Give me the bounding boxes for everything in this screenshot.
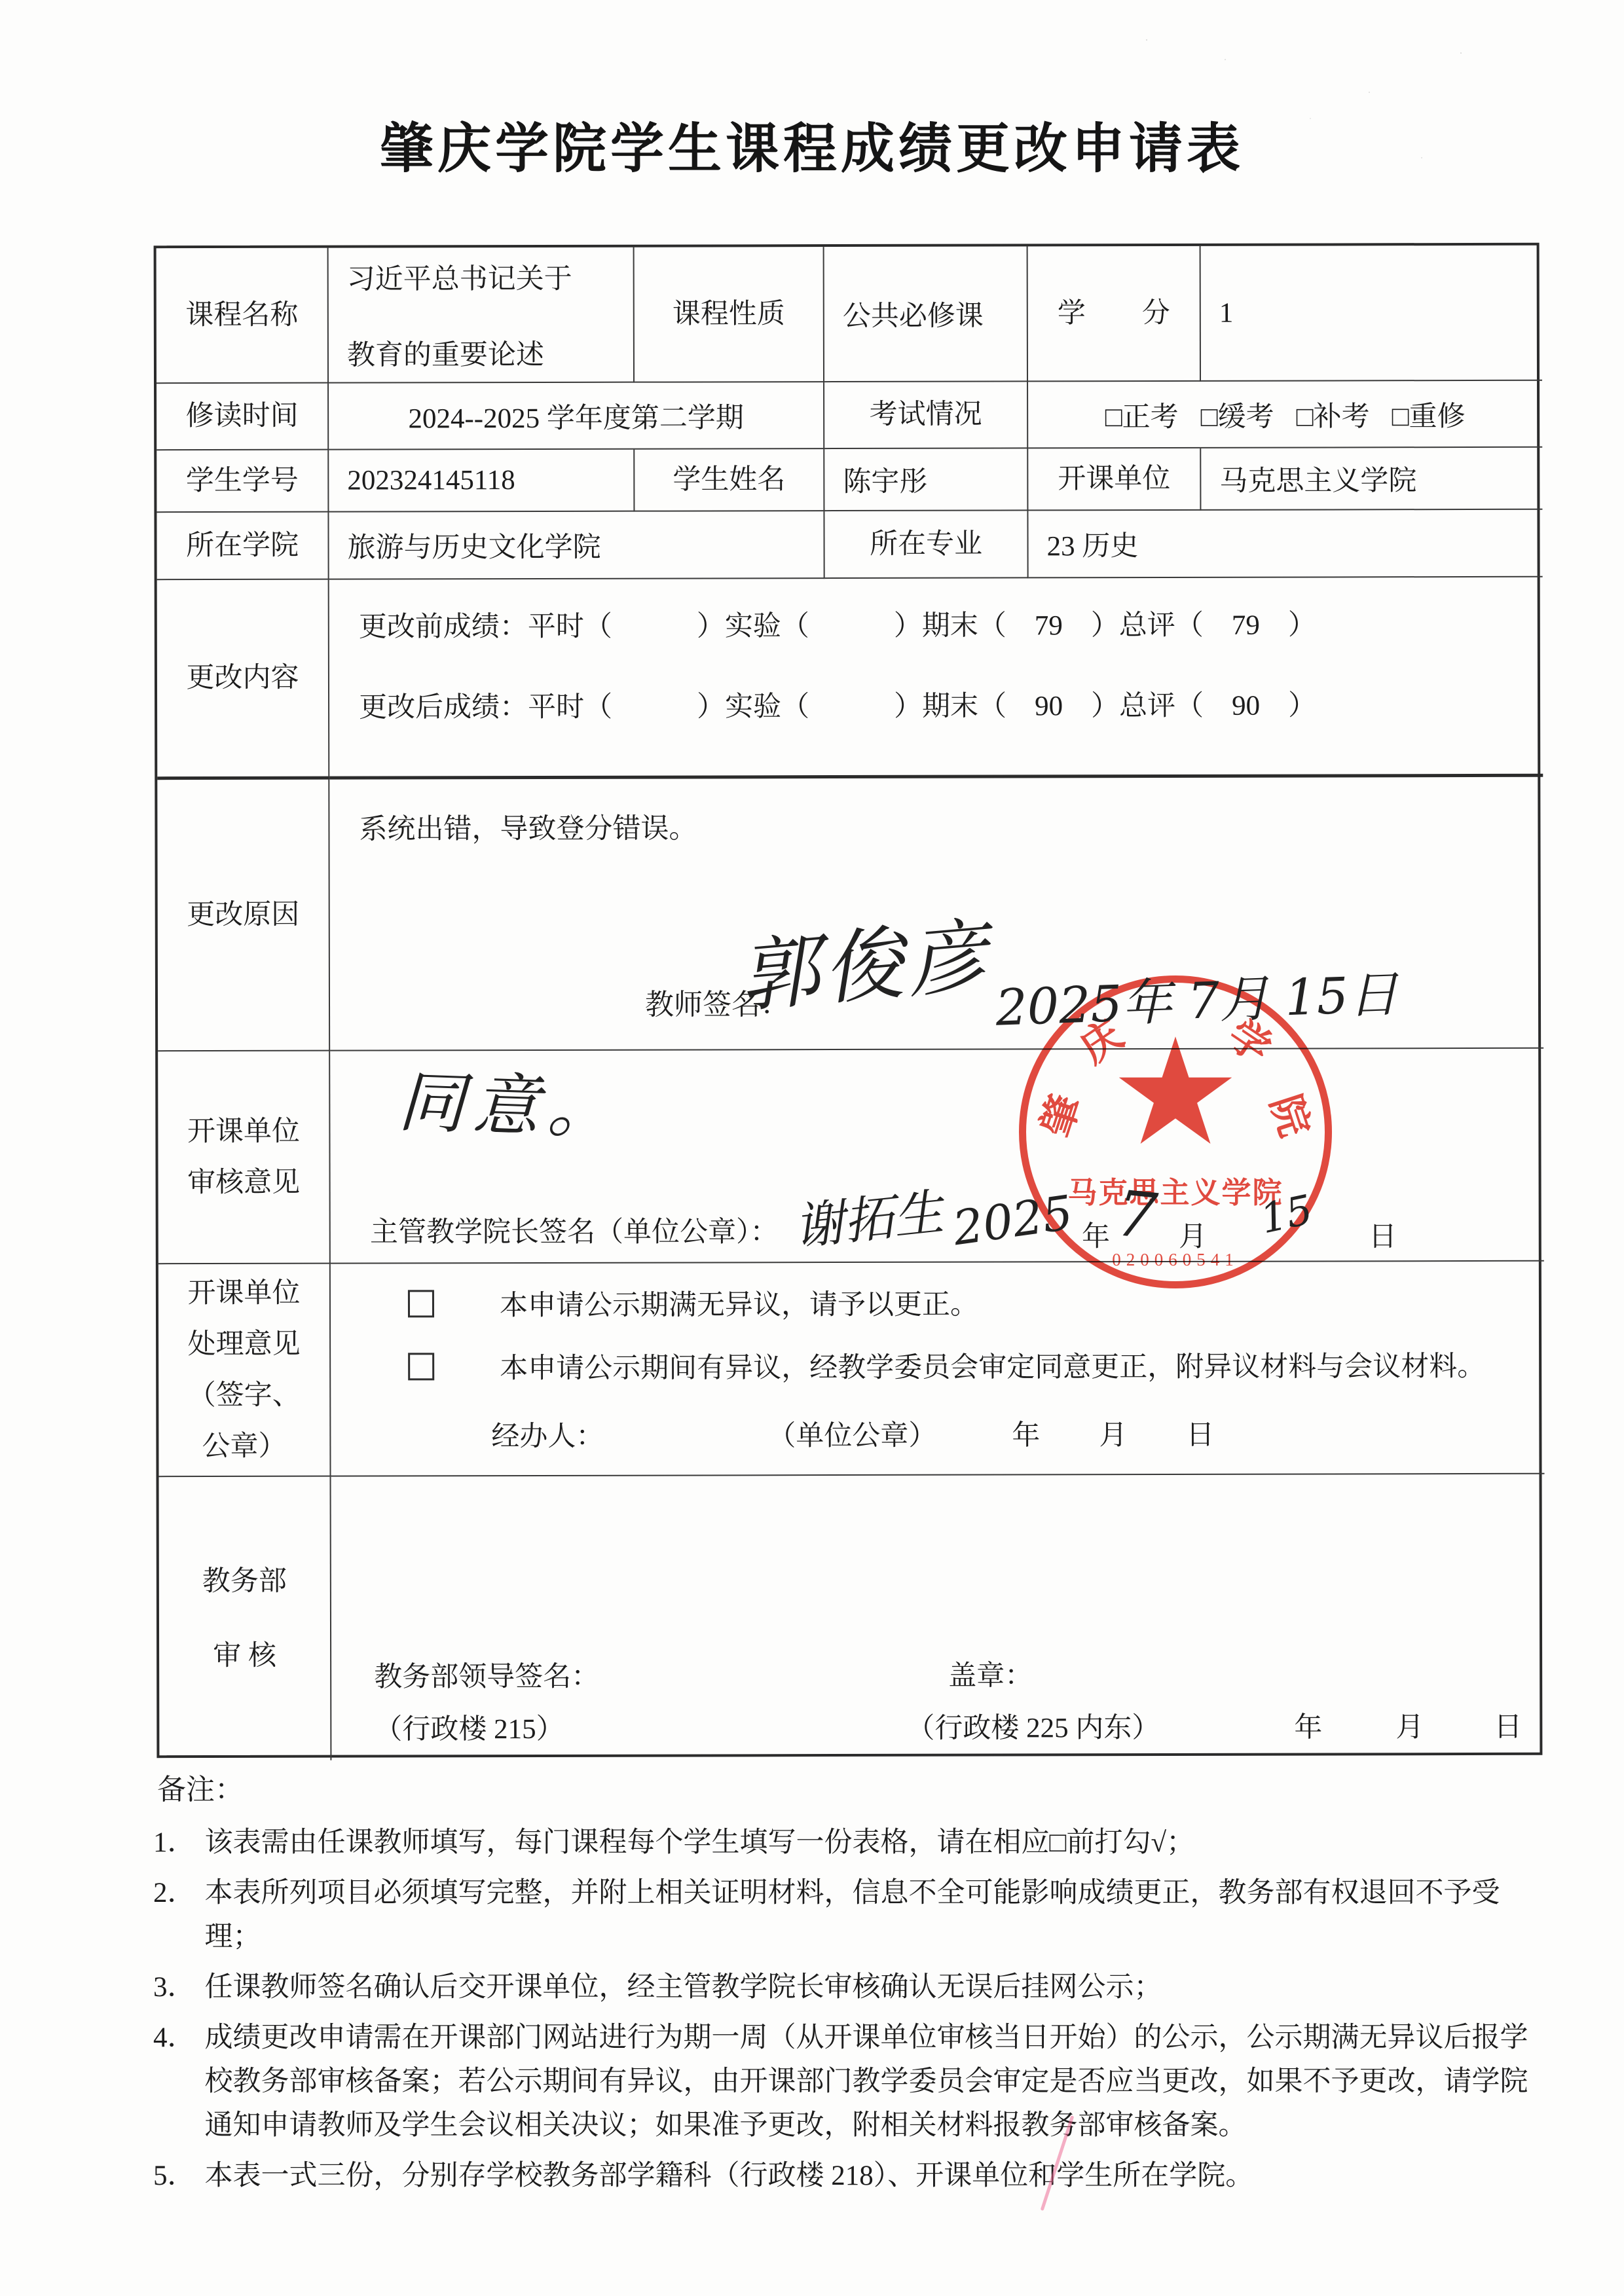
- change-content-label: 更改内容: [157, 580, 330, 780]
- note-item: 5． 本表一式三份，分别存学校教务部学籍科（行政楼 218）、开课单位和学生所在…: [157, 2154, 1552, 2198]
- exam-status-label: 考试情况: [824, 382, 1028, 449]
- checkbox-objection[interactable]: [408, 1353, 434, 1380]
- major-value: 23 历史: [1028, 510, 1542, 579]
- exam-option-retake[interactable]: □重修: [1392, 394, 1466, 434]
- note-item: 4． 成绩更改申请需在开课部门网站进行为期一周（从开课单位审核当日开始）的公示，…: [157, 2016, 1552, 2147]
- office-sign-location: （行政楼 215）: [374, 1707, 564, 1747]
- checkbox-no-objection[interactable]: [408, 1290, 434, 1317]
- scan-noise: [1146, 39, 1147, 41]
- student-name-value: 陈宇彤: [824, 448, 1028, 511]
- unit-seal-placeholder: （单位公章）: [767, 1413, 936, 1454]
- day-unit: 日: [1186, 1413, 1214, 1453]
- offering-unit-label: 开课单位: [1028, 448, 1201, 511]
- scanned-form-page: 肇庆学院学生课程成绩更改申请表 课程名称 习近平总书记关于 教育的重要论述 课程…: [0, 0, 1624, 2296]
- note-item: 1． 该表需由任课教师填写，每门课程每个学生填写一份表格，请在相应□前打勾√；: [157, 1821, 1552, 1865]
- unit-review-label: 开课单位 审核意见: [158, 1051, 331, 1265]
- decision-option-2: 本申请公示期间有异议，经教学委员会审定同意更正，附异议材料与会议材料。: [331, 1343, 1544, 1394]
- notes-section: 备注： 1． 该表需由任课教师填写，每门课程每个学生填写一份表格，请在相应□前打…: [157, 1768, 1552, 2204]
- credit-value: 1: [1201, 246, 1542, 382]
- change-content-cell: 更改前成绩：平时（ ）实验（ ）期末（ 79 ）总评（ 79 ） 更改后成绩：平…: [329, 577, 1543, 780]
- unit-decision-cell: 本申请公示期满无异议，请予以更正。 本申请公示期间有异议，经教学委员会审定同意更…: [331, 1262, 1545, 1477]
- student-id-label: 学生学号: [157, 450, 329, 513]
- agent-line: 经办人： （单位公章） 年 月 日: [331, 1412, 1544, 1455]
- page-title: 肇庆学院学生课程成绩更改申请表: [0, 106, 1624, 183]
- office-seal-location: （行政楼 225 内东）: [906, 1705, 1160, 1746]
- course-name-value: 习近平总书记关于 教育的重要论述: [329, 247, 635, 384]
- change-reason-text: 系统出错，导致登分错误。: [359, 806, 697, 847]
- month-unit: 月: [1395, 1705, 1424, 1745]
- decision-option-1: 本申请公示期满无异议，请予以更正。: [331, 1280, 1544, 1331]
- note-item: 2． 本表所列项目必须填写完整，并附上相关证明材料，信息不全可能影响成绩更正，教…: [157, 1871, 1552, 1959]
- course-name-line2: 教育的重要论述: [347, 333, 544, 373]
- unit-decision-label: 开课单位 处理意见 （签字、 公章）: [158, 1264, 331, 1478]
- college-value: 旅游与历史文化学院: [329, 511, 824, 580]
- seal-serial-number: 020060541: [1019, 1250, 1332, 1270]
- college-label: 所在学院: [157, 513, 329, 581]
- course-nature-value: 公共必修课: [824, 246, 1028, 382]
- student-name-label: 学生姓名: [635, 449, 824, 512]
- study-period-value: 2024--2025 学年度第二学期: [329, 382, 824, 450]
- exam-option-deferred[interactable]: □缓考: [1201, 394, 1274, 434]
- office-seal-label: 盖章：: [948, 1653, 1033, 1693]
- office-sign-label: 教务部领导签名：: [374, 1654, 599, 1695]
- credit-label: 学 分: [1028, 246, 1201, 382]
- study-period-label: 修读时间: [157, 384, 329, 451]
- year-unit: 年: [1012, 1413, 1040, 1453]
- academic-office-cell: 教务部领导签名： 盖章： （行政楼 215） （行政楼 225 内东） 年 月 …: [331, 1474, 1545, 1760]
- day-unit: 日: [1494, 1705, 1522, 1745]
- exam-option-normal[interactable]: □正考: [1105, 394, 1179, 434]
- major-label: 所在专业: [824, 511, 1028, 579]
- month-unit: 月: [1099, 1413, 1127, 1453]
- teacher-date-handwriting: 2025年 7月 15日: [994, 954, 1399, 1039]
- notes-title: 备注：: [157, 1768, 1552, 1812]
- approval-comment-handwriting: 同意。: [397, 1049, 624, 1152]
- year-unit: 年: [1294, 1705, 1322, 1745]
- note-item: 3． 任课教师签名确认后交开课单位，经主管教学院长审核确认无误后挂网公示；: [157, 1965, 1552, 2009]
- dean-month-handwriting: 7: [1113, 1176, 1160, 1254]
- grades-before-line: 更改前成绩：平时（ ）实验（ ）期末（ 79 ）总评（ 79 ）: [359, 603, 1316, 645]
- grades-after-line: 更改后成绩：平时（ ）实验（ ）期末（ 90 ）总评（ 90 ）: [359, 683, 1316, 725]
- course-name-label: 课程名称: [157, 248, 329, 384]
- day-unit: 日: [1369, 1214, 1397, 1254]
- dean-sign-label: 主管教学院长签名（单位公章）：: [370, 1210, 779, 1250]
- exam-option-makeup[interactable]: □补考: [1297, 394, 1370, 434]
- academic-office-label: 教务部 审 核: [159, 1477, 332, 1761]
- course-nature-label: 课程性质: [635, 247, 824, 383]
- offering-unit-value: 马克思主义学院: [1201, 448, 1542, 511]
- course-name-line1: 习近平总书记关于: [347, 257, 572, 297]
- student-id-value: 202324145118: [329, 450, 635, 513]
- change-reason-label: 更改原因: [157, 780, 330, 1052]
- seal-star-icon: ★: [1019, 1020, 1332, 1167]
- agent-label: 经办人：: [491, 1414, 604, 1454]
- exam-status-options: □正考 □缓考 □补考 □重修: [1028, 381, 1542, 449]
- teacher-signature-handwriting: 郭俊彦: [734, 892, 995, 1028]
